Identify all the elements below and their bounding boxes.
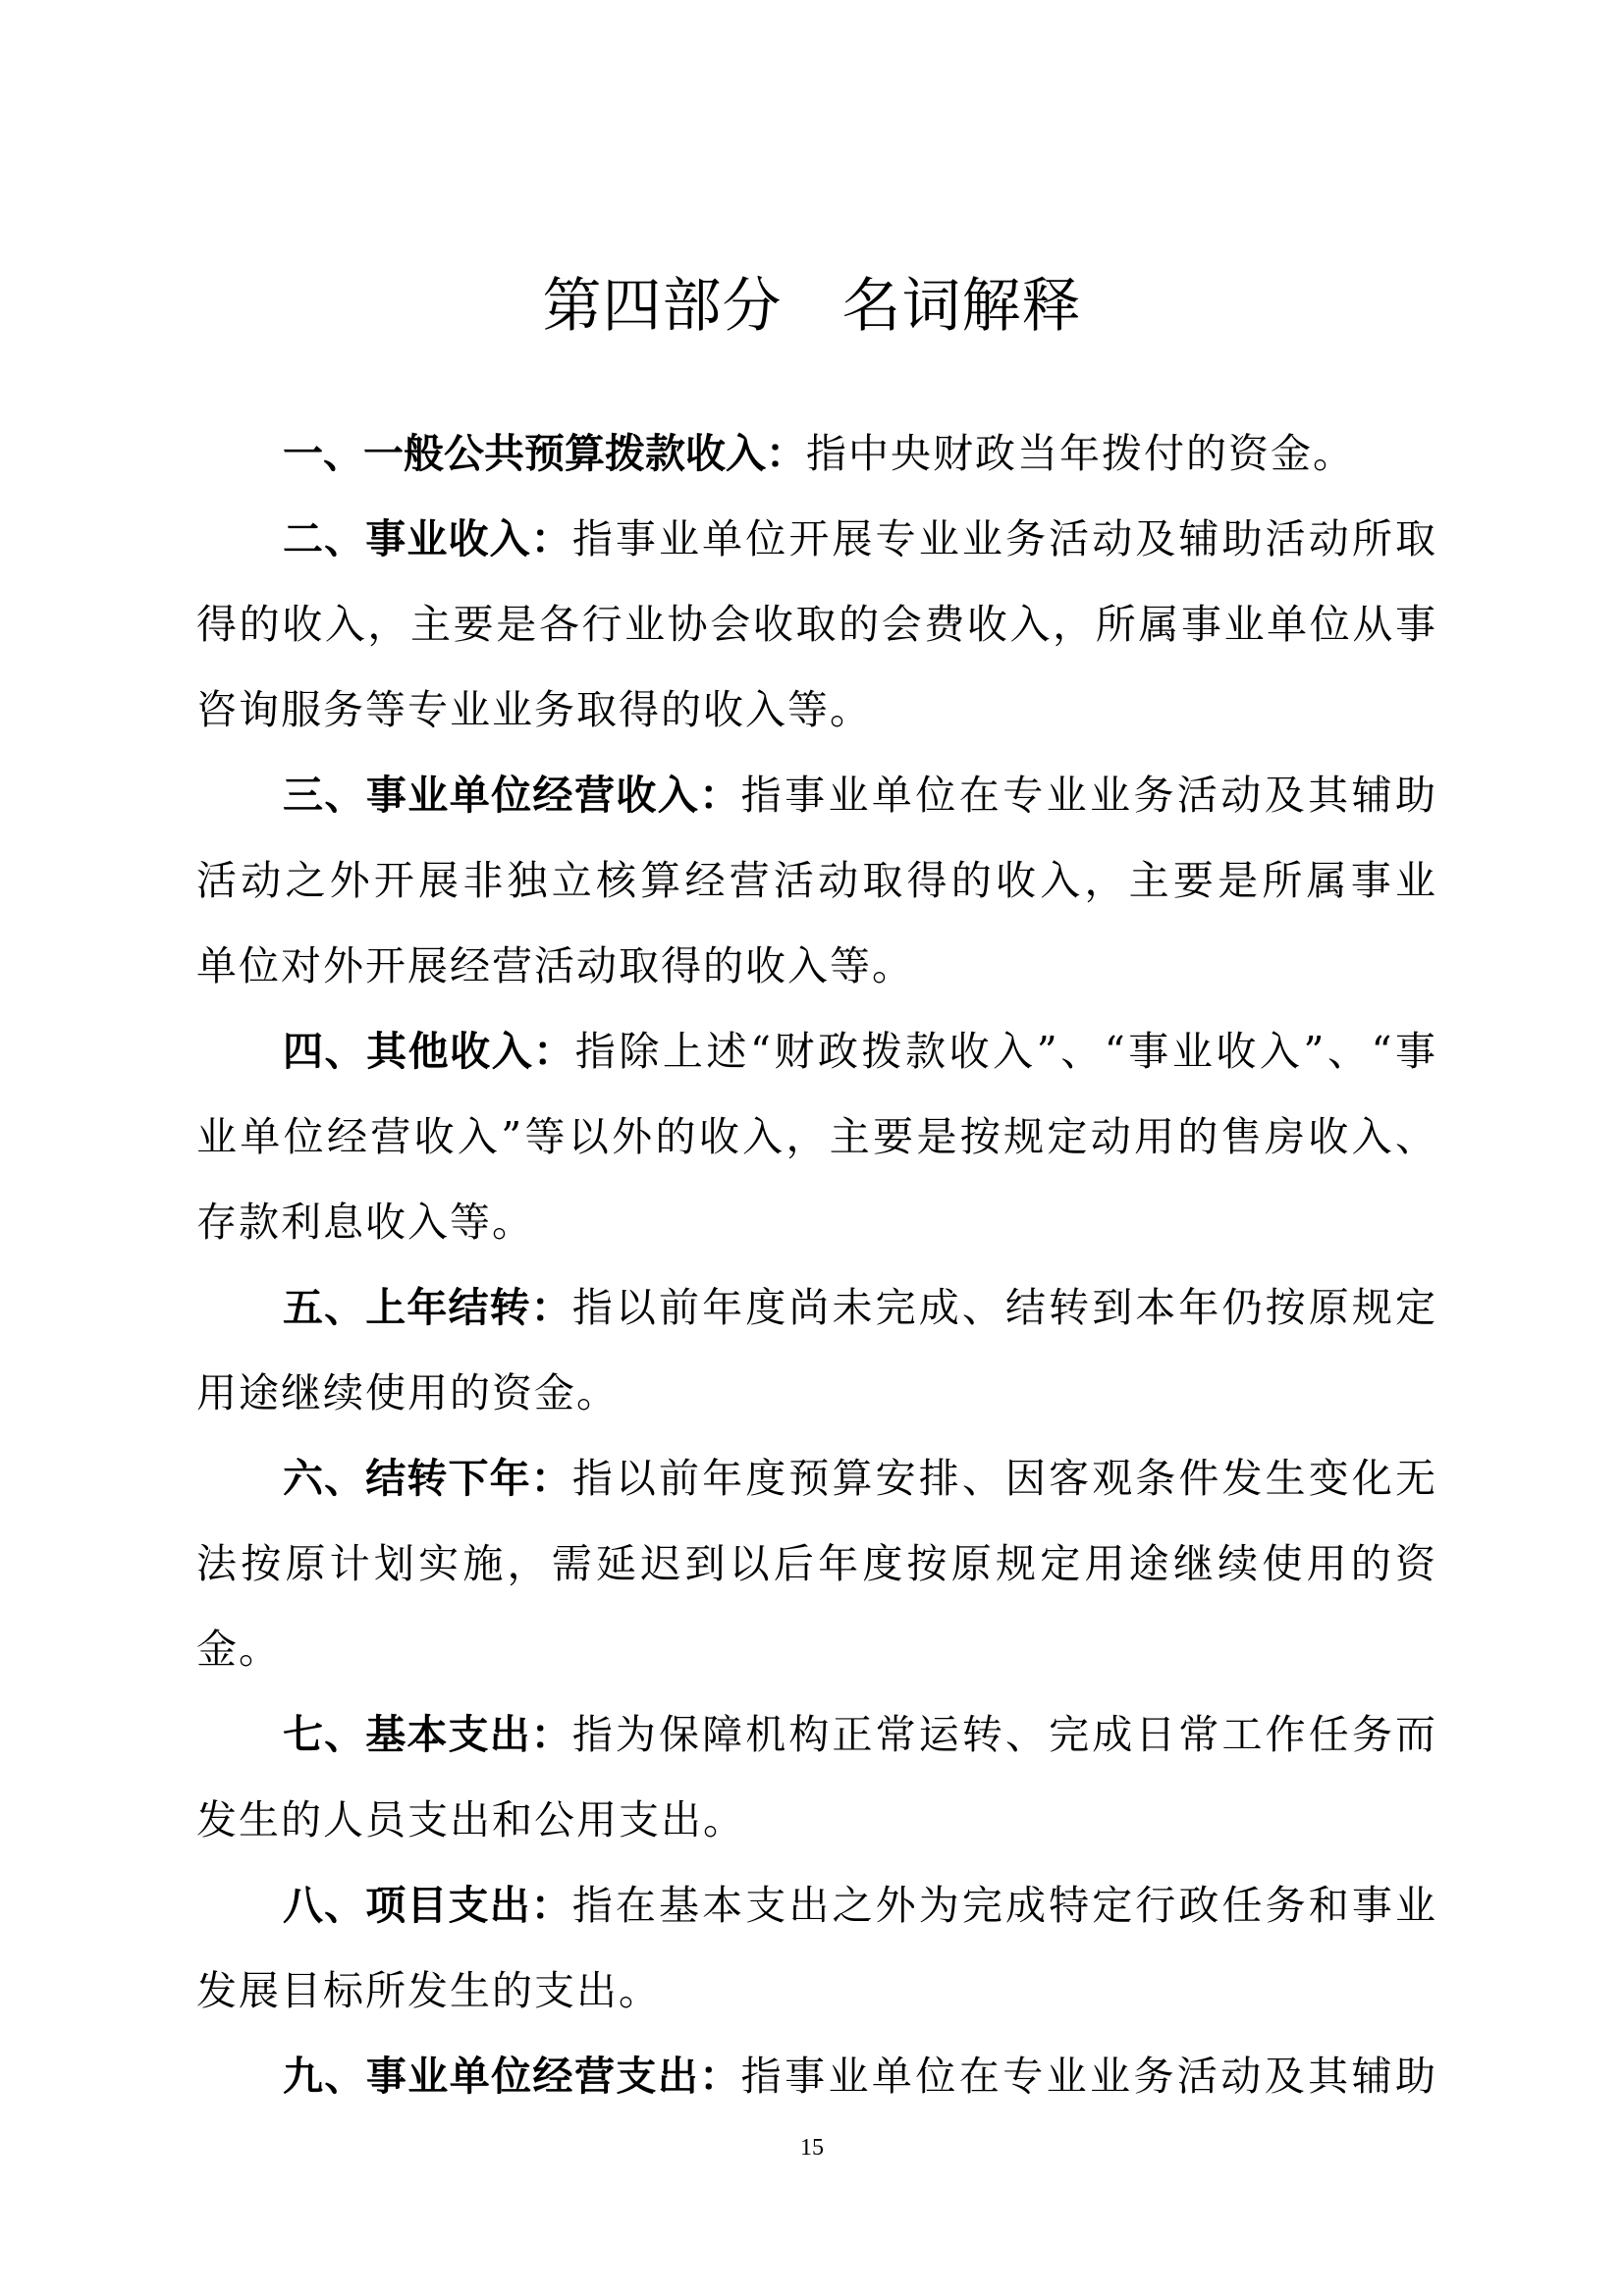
glossary-entry-6: 六、结转下年：指以前年度预算安排、因客观条件发生变化无 bbox=[196, 1449, 1437, 1534]
definition-line: 发生的人员支出和公用支出。 bbox=[196, 1790, 1437, 1876]
glossary-term: 二、事业收入： bbox=[283, 515, 572, 562]
glossary-entry-3: 三、事业单位经营收入：指事业单位在专业业务活动及其辅助 bbox=[196, 766, 1437, 851]
definition-text: 指以前年度预算安排、因客观条件发生变化无 bbox=[572, 1455, 1437, 1502]
definition-line: 用途继续使用的资金。 bbox=[196, 1363, 1437, 1449]
definition-line: 得的收入，主要是各行业协会收取的会费收入，所属事业单位从事 bbox=[196, 595, 1437, 680]
glossary-term: 五、上年结转： bbox=[283, 1284, 572, 1331]
glossary-term: 六、结转下年： bbox=[283, 1455, 572, 1502]
definition-text: 指为保障机构正常运转、完成日常工作任务而 bbox=[572, 1711, 1437, 1758]
glossary-entry-5: 五、上年结转：指以前年度尚未完成、结转到本年仍按原规定 bbox=[196, 1278, 1437, 1363]
glossary-term: 四、其他收入： bbox=[283, 1028, 575, 1075]
definition-line: 存款利息收入等。 bbox=[196, 1193, 1437, 1278]
glossary-term: 一、一般公共预算拨款收入： bbox=[283, 430, 806, 477]
glossary-entry-4: 四、其他收入：指除上述“财政拨款收入”、“事业收入”、“事 bbox=[196, 1022, 1437, 1107]
definition-line: 发展目标所发生的支出。 bbox=[196, 1961, 1437, 2047]
page-title: 第四部分 名词解释 bbox=[0, 267, 1624, 346]
glossary-entry-8: 八、项目支出：指在基本支出之外为完成特定行政任务和事业 bbox=[196, 1876, 1437, 1961]
glossary-term: 七、基本支出： bbox=[283, 1711, 572, 1758]
glossary-term: 九、事业单位经营支出： bbox=[283, 2053, 741, 2100]
definition-text: 指以前年度尚未完成、结转到本年仍按原规定 bbox=[572, 1284, 1437, 1331]
glossary-entry-9: 九、事业单位经营支出：指事业单位在专业业务活动及其辅助 bbox=[196, 2047, 1437, 2132]
glossary-body: 一、一般公共预算拨款收入：指中央财政当年拨付的资金。 二、事业收入：指事业单位开… bbox=[196, 424, 1437, 2132]
glossary-entry-2: 二、事业收入：指事业单位开展专业业务活动及辅助活动所取 bbox=[196, 509, 1437, 595]
page-number: 15 bbox=[0, 2135, 1624, 2162]
definition-line: 业单位经营收入”等以外的收入，主要是按规定动用的售房收入、 bbox=[196, 1107, 1437, 1193]
definition-text: 指在基本支出之外为完成特定行政任务和事业 bbox=[572, 1882, 1437, 1929]
glossary-entry-7: 七、基本支出：指为保障机构正常运转、完成日常工作任务而 bbox=[196, 1705, 1437, 1790]
glossary-entry-1: 一、一般公共预算拨款收入：指中央财政当年拨付的资金。 bbox=[196, 424, 1437, 509]
definition-line: 金。 bbox=[196, 1620, 1437, 1705]
definition-line: 法按原计划实施，需延迟到以后年度按原规定用途继续使用的资 bbox=[196, 1534, 1437, 1620]
definition-text: 指事业单位在专业业务活动及其辅助 bbox=[741, 2053, 1437, 2100]
definition-text: 指事业单位在专业业务活动及其辅助 bbox=[741, 772, 1437, 819]
definition-line: 咨询服务等专业业务取得的收入等。 bbox=[196, 680, 1437, 766]
definition-line: 活动之外开展非独立核算经营活动取得的收入，主要是所属事业 bbox=[196, 851, 1437, 936]
definition-text: 指事业单位开展专业业务活动及辅助活动所取 bbox=[572, 515, 1437, 562]
glossary-term: 三、事业单位经营收入： bbox=[283, 772, 741, 819]
glossary-term: 八、项目支出： bbox=[283, 1882, 572, 1929]
definition-text: 指中央财政当年拨付的资金。 bbox=[806, 430, 1355, 477]
definition-text: 指除上述“财政拨款收入”、“事业收入”、“事 bbox=[575, 1028, 1437, 1075]
definition-line: 单位对外开展经营活动取得的收入等。 bbox=[196, 936, 1437, 1022]
